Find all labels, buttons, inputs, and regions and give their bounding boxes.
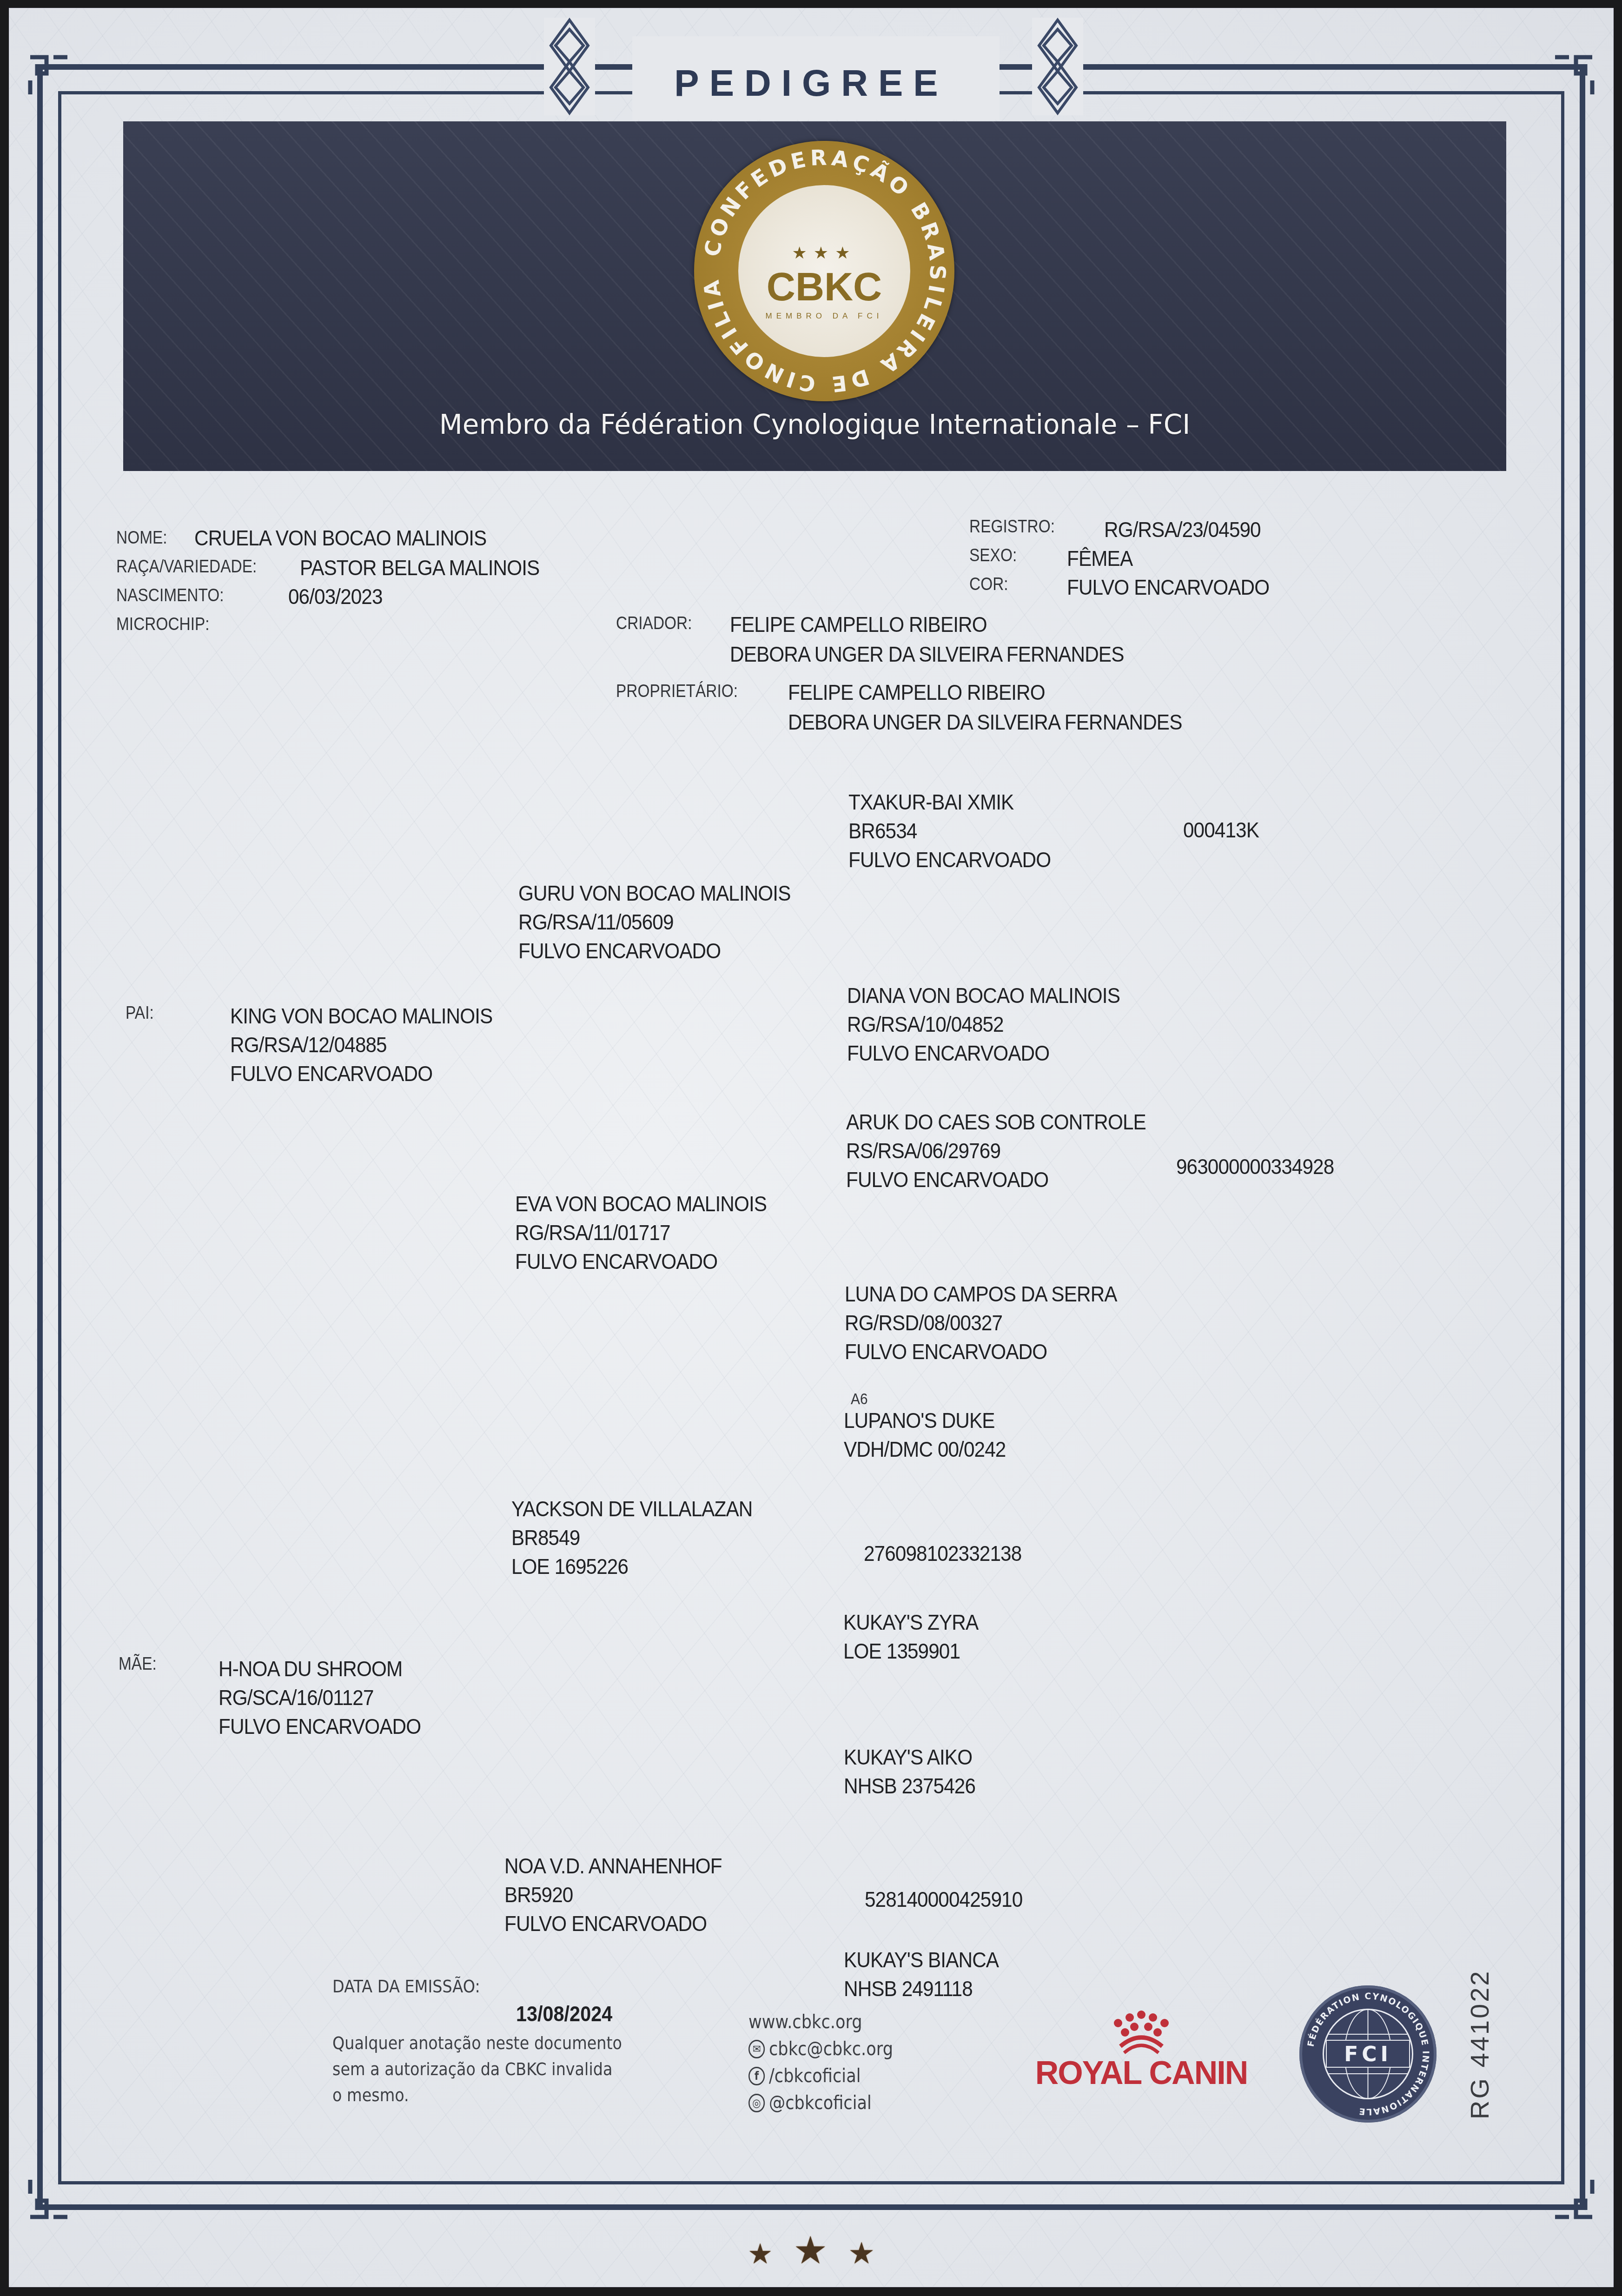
dog-name: CRUELA VON BOCAO MALINOIS [194, 525, 486, 551]
ancestor-sire-dam-dam: LUNA DO CAMPOS DA SERRA RG/RSD/08/00327 … [845, 1280, 1141, 1366]
ancestor-chip: 528140000425910 [865, 1887, 1022, 1912]
ancestor-dam: H-NOA DU SHROOM RG/SCA/16/01127 FULVO EN… [218, 1654, 438, 1741]
registry-label: REGISTRO: [969, 517, 1055, 537]
greek-key-corner-icon [1553, 2177, 1595, 2219]
greek-key-corner-icon [28, 55, 70, 97]
legal-notice: Qualquer anotação neste documento sem a … [332, 2030, 622, 2108]
ancestor-dam-sire-dam: KUKAY'S ZYRA LOE 1359901 [843, 1608, 990, 1666]
ancestor-chip: 000413K [1183, 817, 1259, 843]
seal-subtitle: MEMBRO DA FCI [738, 312, 910, 321]
royal-canin-logo: ROYAL CANIN [1027, 2010, 1255, 2094]
fci-logo: FCI FÉDÉRATION CYNOLOGIQUE INTERNATIONAL… [1299, 1985, 1437, 2123]
contact-block: www.cbkc.org ✉cbkc@cbkc.org f/cbkcoficia… [748, 2009, 893, 2117]
mail-icon: ✉ [748, 2040, 765, 2058]
birth-label: NASCIMENTO: [116, 586, 224, 606]
website-link[interactable]: www.cbkc.org [748, 2009, 893, 2036]
instagram-link[interactable]: ◎@cbkcoficial [748, 2090, 893, 2117]
cbkc-seal-logo: CONFEDERAÇÃO BRASILEIRA DE CINOFILIA • ★… [694, 141, 954, 401]
star-icon: ★ [793, 2229, 828, 2273]
sex-label: SEXO: [969, 546, 1017, 566]
ancestor-dam-dam-sire: KUKAY'S AIKO NHSB 2375426 [844, 1743, 987, 1800]
ancestor-dam-dam-dam: KUKAY'S BIANCA NHSB 2491118 [844, 1945, 1012, 2003]
birth-date: 06/03/2023 [288, 584, 383, 609]
star-icon: ★ [748, 2238, 773, 2270]
dam-label: MÃE: [119, 1654, 157, 1674]
header-banner: CONFEDERAÇÃO BRASILEIRA DE CINOFILIA • ★… [123, 121, 1506, 471]
breed-value: PASTOR BELGA MALINOIS [300, 555, 539, 580]
document-title: PEDIGREE [9, 62, 1613, 105]
ancestor-chip: 276098102332138 [864, 1541, 1021, 1566]
microchip-label: MICROCHIP: [116, 615, 210, 635]
pedigree-certificate: PEDIGREE CONFEDERAÇÃO BRASILEIRA DE CINO… [9, 8, 1613, 2287]
issue-date-label: DATA DA EMISSÃO: [332, 1976, 480, 1997]
fci-membership-caption: Membro da Fédération Cynologique Interna… [123, 409, 1506, 440]
ancestor-sire-dam-sire: ARUK DO CAES SOB CONTROLE RS/RSA/06/2976… [846, 1108, 1172, 1194]
ancestor-sire-sire-sire: TXAKUR-BAI XMIK BR6534 FULVO ENCARVOADO [848, 788, 1068, 874]
breed-label: RAÇA/VARIEDADE: [116, 557, 257, 577]
seal-stars-icon: ★★★ [738, 243, 910, 263]
ancestor-dam-dam: NOA V.D. ANNAHENHOF BR5920 FULVO ENCARVO… [504, 1851, 741, 1938]
color-label: COR: [969, 575, 1008, 595]
breeder-2: DEBORA UNGER DA SILVEIRA FERNANDES [730, 642, 1124, 667]
svg-text:FCI: FCI [1344, 2043, 1392, 2066]
star-icon: ★ [848, 2236, 874, 2271]
owner-label: PROPRIETÁRIO: [616, 682, 738, 702]
seal-abbreviation: CBKC [738, 264, 910, 310]
owner-2: DEBORA UNGER DA SILVEIRA FERNANDES [788, 710, 1182, 735]
greek-key-corner-icon [1553, 55, 1595, 97]
ancestor-chip: 963000000334928 [1176, 1154, 1334, 1179]
document-number: RG 441022 [1464, 1970, 1495, 2119]
issue-date: 13/08/2024 [516, 2001, 612, 2026]
facebook-icon: f [748, 2067, 765, 2085]
crown-icon [1097, 2010, 1185, 2054]
breeder-1: FELIPE CAMPELLO RIBEIRO [730, 612, 987, 637]
registry-value: RG/RSA/23/04590 [1104, 517, 1261, 542]
greek-key-corner-icon [28, 2177, 70, 2219]
ancestor-sire-sire-dam: DIANA VON BOCAO MALINOIS RG/RSA/10/04852… [847, 981, 1144, 1068]
owner-1: FELIPE CAMPELLO RIBEIRO [788, 680, 1045, 705]
ancestor-dam-sire: YACKSON DE VILLALAZAN BR8549 LOE 1695226 [511, 1494, 774, 1581]
brazil-map-emblem: ★★★ CBKC MEMBRO DA FCI [738, 185, 910, 357]
ancestor-dam-sire-sire: LUPANO'S DUKE VDH/DMC 00/0242 [844, 1406, 1020, 1464]
instagram-icon: ◎ [748, 2094, 765, 2112]
color-value: FULVO ENCARVOADO [1067, 575, 1269, 600]
ancestor-sire: KING VON BOCAO MALINOIS RG/RSA/12/04885 … [230, 1002, 515, 1088]
breeder-label: CRIADOR: [616, 614, 692, 634]
facebook-link[interactable]: f/cbkcoficial [748, 2063, 893, 2090]
ancestor-sire-dam: EVA VON BOCAO MALINOIS RG/RSA/11/01717 F… [515, 1189, 788, 1276]
sponsor-name: ROYAL CANIN [1027, 2054, 1255, 2091]
email-link[interactable]: ✉cbkc@cbkc.org [748, 2036, 893, 2063]
ancestor-sire-sire: GURU VON BOCAO MALINOIS RG/RSA/11/05609 … [518, 879, 814, 965]
bottom-stars: ★ ★ ★ [9, 2229, 1613, 2273]
sire-label: PAI: [126, 1003, 154, 1023]
sex-value: FÊMEA [1067, 546, 1132, 571]
name-label: NOME: [116, 528, 167, 548]
